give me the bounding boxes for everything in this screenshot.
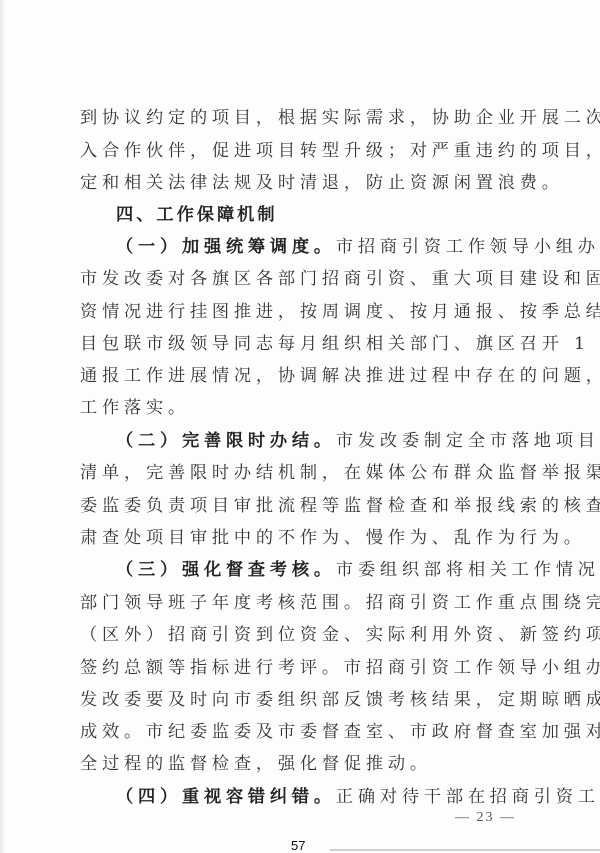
paragraph-4-lead: （四）重视容错纠错。 bbox=[116, 787, 336, 807]
text-line: 到协议约定的项目，根据实际需求，协助企业开展二次招商，引 bbox=[80, 106, 528, 130]
paragraph-1-first-text: 市招商引资工作领导小组办公室会同 bbox=[336, 237, 600, 257]
text-line: 清单，完善限时办结机制，在媒体公布群众监督举报渠道。市纪 bbox=[80, 461, 528, 485]
text-line: 通报工作进展情况，协调解决推进过程中存在的问题，推动各项 bbox=[80, 364, 528, 388]
text-line: 定和相关法律法规及时清退，防止资源闲置浪费。 bbox=[80, 171, 528, 195]
paragraph-4-first-line: （四）重视容错纠错。正确对待干部在招商引资工作中因改 bbox=[116, 785, 528, 809]
text-line: 部门领导班子年度考核范围。招商引资工作重点围绕完成国内 bbox=[80, 591, 528, 615]
text-line: 工作落实。 bbox=[80, 396, 528, 420]
paragraph-1-lead: （一）加强统筹调度。 bbox=[116, 237, 336, 257]
text-line: 委监委负责项目审批流程等监督检查和举报线索的核查处理，严 bbox=[80, 494, 528, 518]
text-line: 发改委要及时向市委组织部反馈考核结果，定期晾晒成绩、通报 bbox=[80, 688, 528, 712]
paragraph-2-first-line: （二）完善限时办结。市发改委制定全市落地项目审批流程 bbox=[116, 429, 528, 453]
paragraph-3-lead: （三）强化督查考核。 bbox=[116, 560, 336, 580]
text-line: 成效。市纪委监委及市委督查室、市政府督查室加强对招商引资 bbox=[80, 720, 528, 744]
text-line: （区外）招商引资到位资金、实际利用外资、新签约项目总数、 bbox=[80, 623, 528, 647]
paragraph-3-first-text: 市委组织部将相关工作情况纳入旗区、 bbox=[336, 560, 600, 580]
text-line: 全过程的监督检查，强化督促推动。 bbox=[80, 752, 528, 776]
scan-bottom-edge bbox=[330, 849, 600, 851]
text-line: 市发改委对各旗区各部门招商引资、重大项目建设和固定资产投 bbox=[80, 267, 528, 291]
paragraph-4-first-text: 正确对待干部在招商引资工作中因改 bbox=[336, 787, 600, 807]
text-line: 入合作伙伴，促进项目转型升级；对严重违约的项目，按协议约 bbox=[80, 139, 528, 163]
page-number: — 23 — bbox=[455, 810, 516, 826]
footer-page-number: 57 bbox=[291, 838, 305, 853]
paragraph-3-first-line: （三）强化督查考核。市委组织部将相关工作情况纳入旗区、 bbox=[116, 558, 528, 582]
section-heading: 四、工作保障机制 bbox=[116, 203, 528, 227]
scan-edge-shadow bbox=[0, 0, 6, 853]
text-line: 肃查处项目审批中的不作为、慢作为、乱作为行为。 bbox=[80, 526, 528, 550]
document-page: 到协议约定的项目，根据实际需求，协助企业开展二次招商，引 入合作伙伴，促进项目转… bbox=[0, 0, 600, 853]
text-line: 目包联市级领导同志每月组织相关部门、旗区召开 1 次调度会， bbox=[80, 332, 528, 356]
paragraph-2-lead: （二）完善限时办结。 bbox=[116, 431, 336, 451]
paragraph-2-first-text: 市发改委制定全市落地项目审批流程 bbox=[336, 431, 600, 451]
text-line: 资情况进行挂图推进，按周调度、按月通报、按季总结。重大项 bbox=[80, 300, 528, 324]
paragraph-1-first-line: （一）加强统筹调度。市招商引资工作领导小组办公室会同 bbox=[116, 235, 528, 259]
text-line: 签约总额等指标进行考评。市招商引资工作领导小组办公室、市 bbox=[80, 656, 528, 680]
